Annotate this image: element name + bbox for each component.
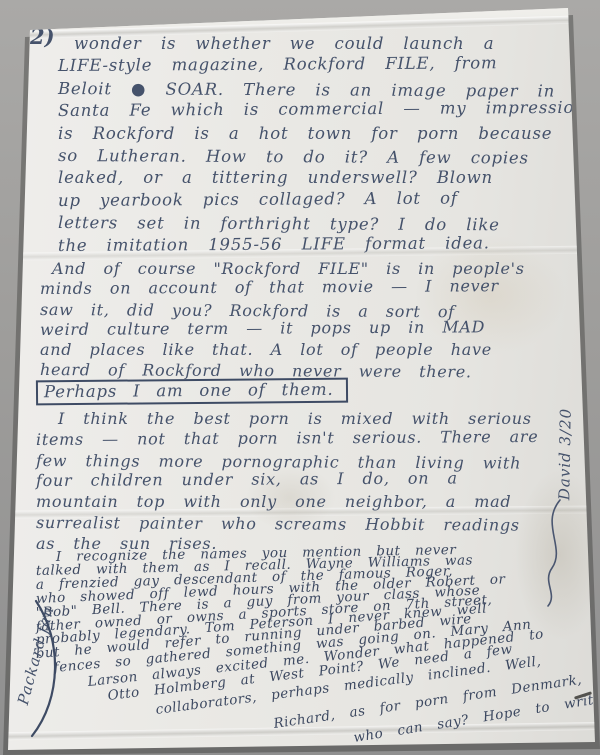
paragraph-rockford-file: And of course "Rockford FILE" is in peop… <box>40 259 525 381</box>
handwritten-line: four children under six, as I do, on a <box>36 468 539 492</box>
handwritten-line: and places like that. A lot of people ha… <box>40 340 525 360</box>
paragraph-names-closing: I recognize the names you mention but ne… <box>36 551 515 746</box>
boxed-note-row: Perhaps I am one of them. <box>36 379 348 404</box>
handwritten-line: so Lutheran. How to do it? A few copies <box>58 145 586 170</box>
handwritten-line: items — not that porn isn't serious. The… <box>36 427 539 451</box>
handwritten-line: is Rockford is a hot town for porn becau… <box>58 123 586 145</box>
handwritten-line: weird culture term — it pops up in MAD <box>40 317 525 340</box>
signature-flourish <box>538 498 568 608</box>
handwritten-line: minds on account of that movie — I never <box>40 276 525 299</box>
handwritten-line: mountain top with only one neighbor, a m… <box>36 492 538 513</box>
letter-photo: 2) wonder is whether we could launch aLI… <box>0 0 600 755</box>
handwritten-line: up yearbook pics collaged? A lot of <box>58 187 586 213</box>
handwritten-line: the imitation 1955-56 LIFE format idea. <box>58 231 586 257</box>
margin-bracket-stroke <box>26 598 70 740</box>
handwritten-line: LIFE-style magazine, Rockford FILE, from <box>58 52 586 78</box>
signature-text: David 3/20 <box>555 408 575 501</box>
letter-paper: 2) wonder is whether we could launch aLI… <box>0 0 600 755</box>
boxed-note: Perhaps I am one of them. <box>36 378 348 406</box>
page-number: 2) <box>30 24 55 49</box>
handwritten-line: Santa Fe which is commercial — my impres… <box>58 97 586 123</box>
paragraph-magazine-idea: wonder is whether we could launch aLIFE-… <box>58 33 586 257</box>
paragraph-porn-serious: I think the best porn is mixed with seri… <box>36 409 538 555</box>
handwritten-line: surrealist painter who screams Hobbit re… <box>36 513 538 536</box>
